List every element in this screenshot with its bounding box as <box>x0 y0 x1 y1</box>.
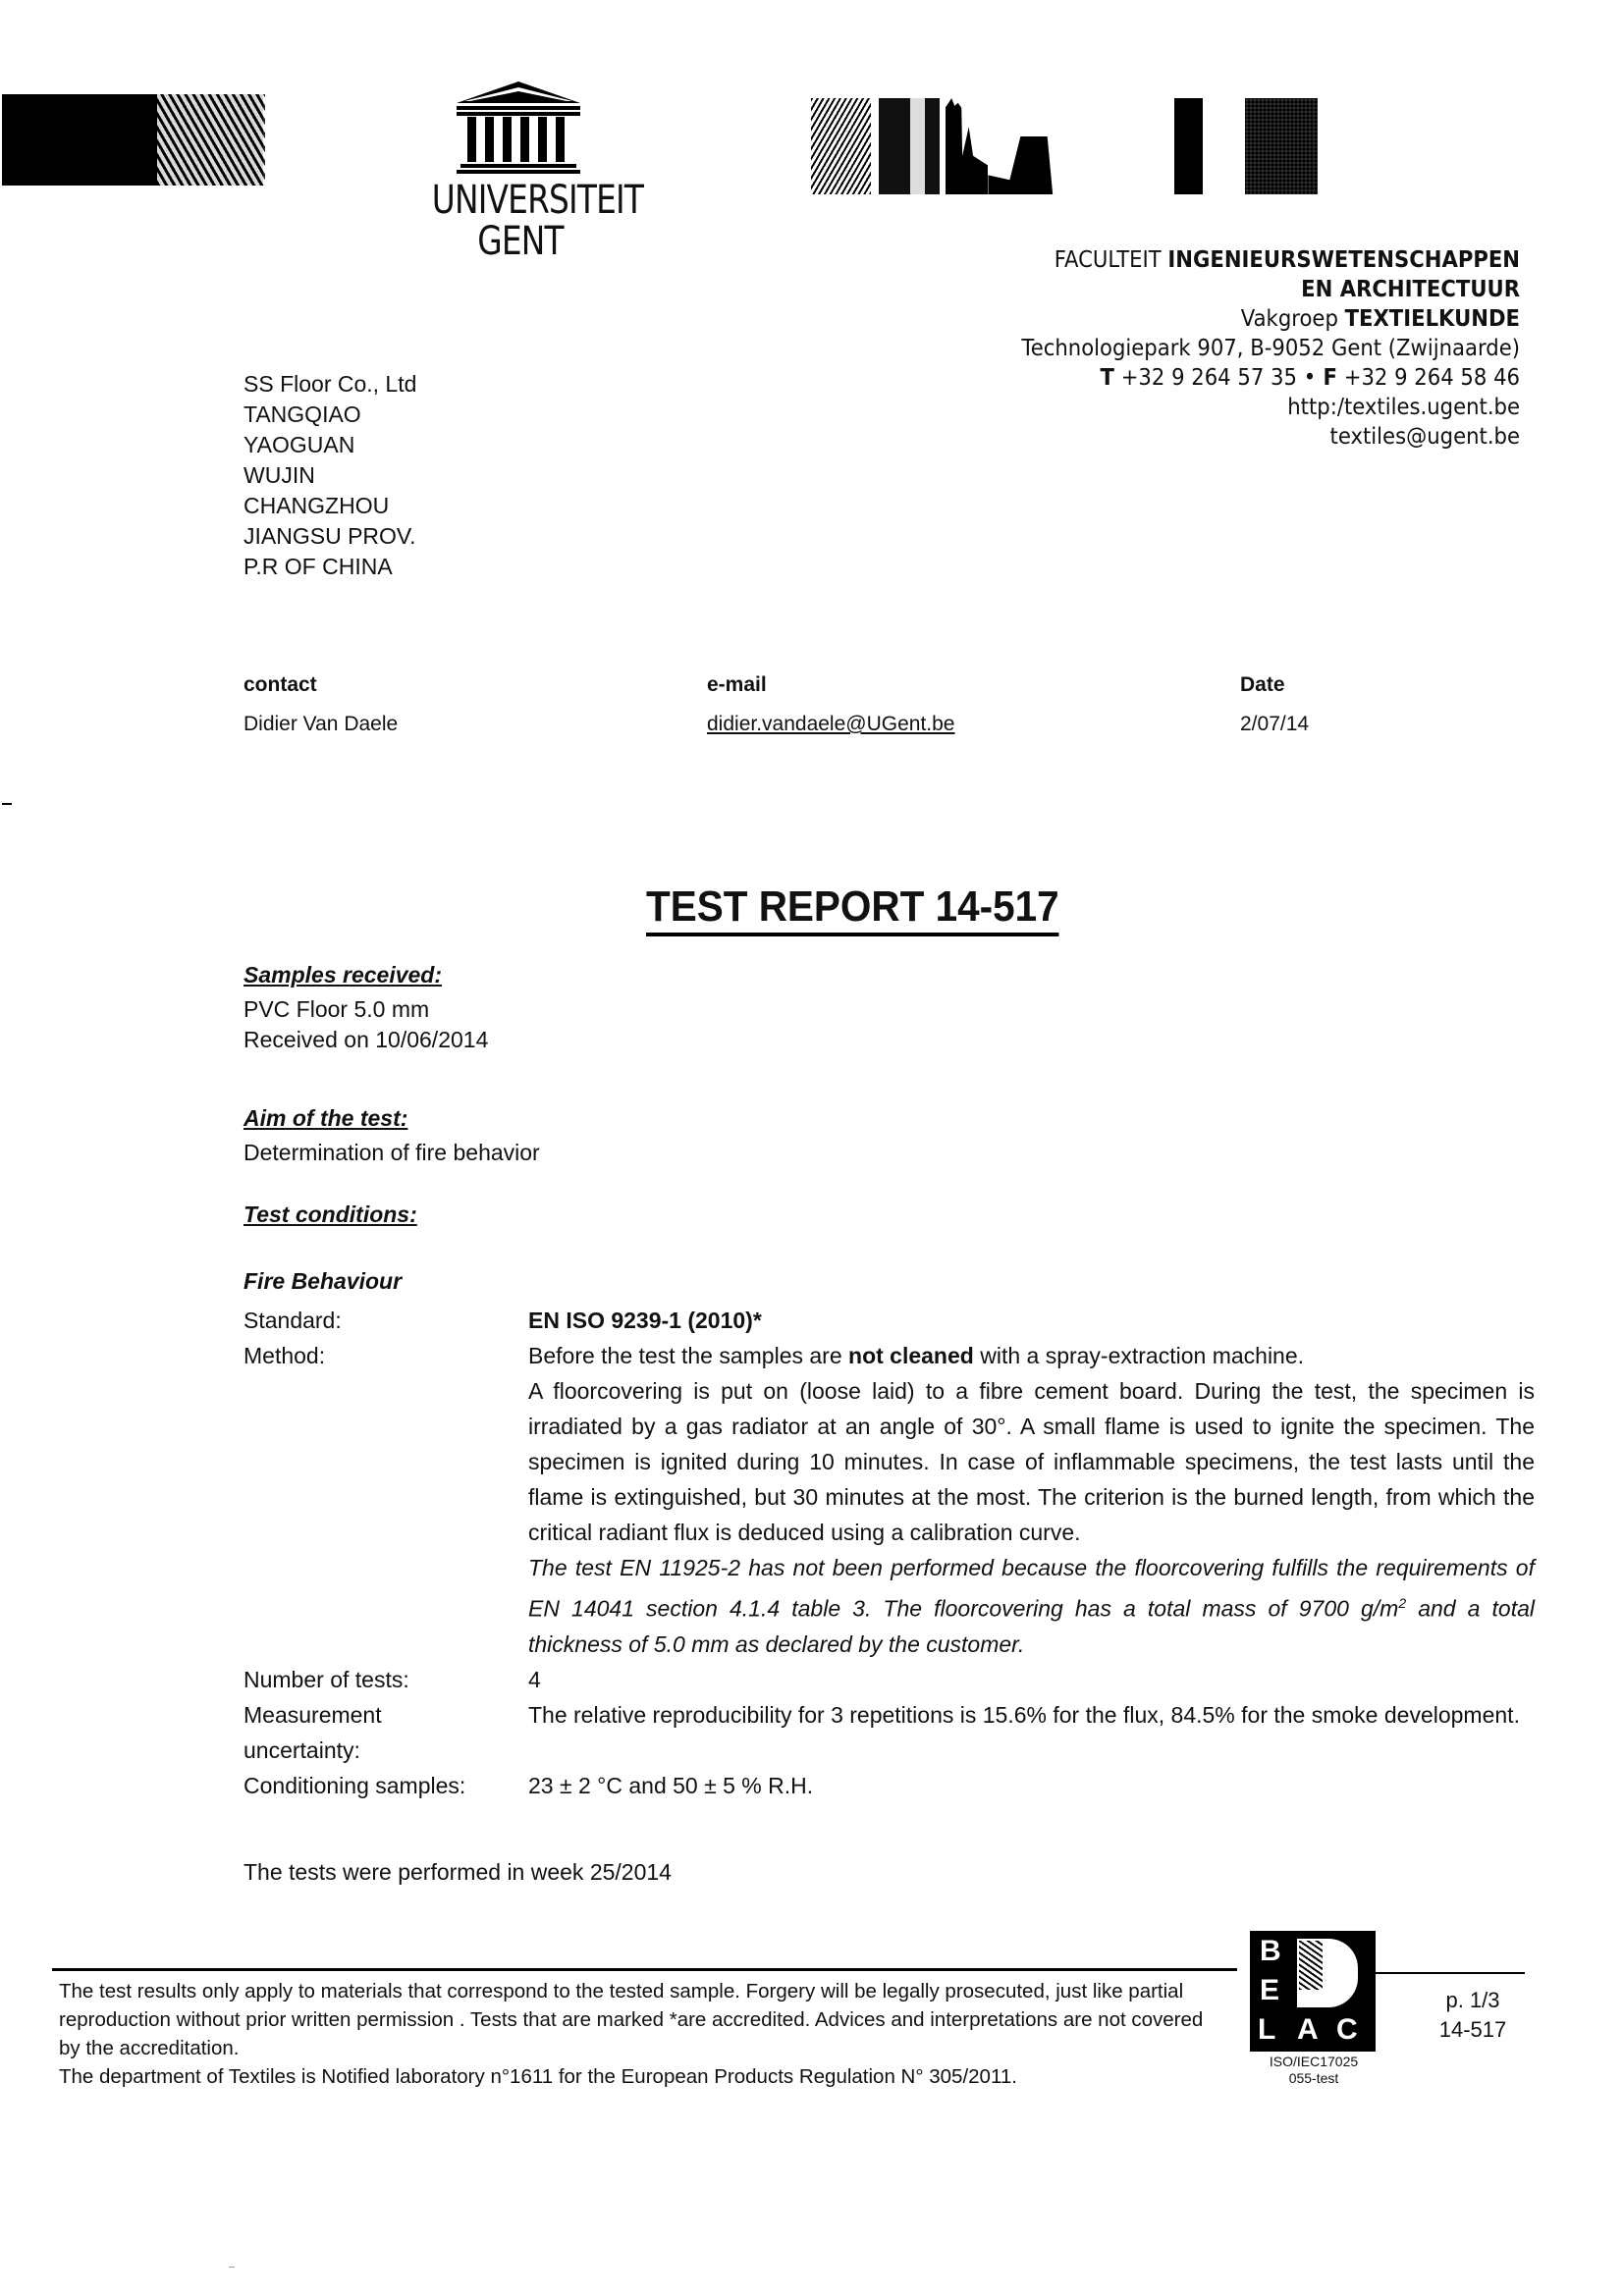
faculty-website[interactable]: http:/textiles.ugent.be <box>916 393 1520 422</box>
banner-panel-person <box>1174 98 1245 194</box>
email-field: e-mail didier.vandaele@UGent.be <box>707 673 954 752</box>
aim-text: Determination of fire behavior <box>243 1138 540 1168</box>
contact-value: Didier Van Daele <box>243 713 398 752</box>
date-value: 2/07/14 <box>1240 713 1309 752</box>
tests-value: 4 <box>528 1662 1535 1697</box>
notified-lab-text: The department of Textiles is Notified l… <box>59 2062 1217 2091</box>
method-row: Method: Before the test the samples are … <box>243 1338 1535 1662</box>
email-link[interactable]: didier.vandaele@UGent.be <box>707 713 954 752</box>
fold-mark <box>2 803 12 805</box>
scan-artifact <box>229 2267 235 2268</box>
department: Vakgroep TEXTIELKUNDE <box>916 304 1520 334</box>
footer-divider-right <box>1375 1972 1525 1974</box>
university-name: UNIVERSITEIT GENT <box>432 180 609 262</box>
faculty-email[interactable]: textiles@ugent.be <box>916 422 1520 452</box>
banner-panel-sketch <box>1245 98 1318 194</box>
conditioning-value: 23 ± 2 °C and 50 ± 5 % R.H. <box>528 1768 1535 1803</box>
banner-panel-blank <box>1096 98 1174 194</box>
faculty-address: Technologiepark 907, B-9052 Gent (Zwijna… <box>916 334 1520 363</box>
disclaimer-text: The test results only apply to materials… <box>59 1977 1217 2062</box>
test-conditions-heading: Test conditions: <box>243 1201 417 1228</box>
fire-behaviour-subheading: Fire Behaviour <box>243 1268 402 1295</box>
page-number: p. 1/3 14-517 <box>1419 1986 1527 2045</box>
faculty-contact-block: FACULTEIT INGENIEURSWETENSCHAPPEN EN ARC… <box>916 245 1520 452</box>
uncertainty-row: Measurement uncertainty: The relative re… <box>243 1697 1535 1768</box>
belac-accreditation-logo-icon: B E L A C <box>1250 1931 1376 2052</box>
test-week-note: The tests were performed in week 25/2014 <box>243 1859 672 1886</box>
uncertainty-label: Measurement uncertainty: <box>243 1697 528 1768</box>
footer-divider <box>52 1968 1237 1971</box>
method-value: Before the test the samples are not clea… <box>528 1338 1535 1662</box>
standard-label: Standard: <box>243 1303 528 1338</box>
test-conditions-table: Standard: EN ISO 9239-1 (2010)* Method: … <box>243 1303 1535 1803</box>
contact-field: contact Didier Van Daele <box>243 673 398 752</box>
date-label: Date <box>1240 673 1309 713</box>
contact-label: contact <box>243 673 398 713</box>
date-field: Date 2/07/14 <box>1240 673 1309 752</box>
sample-description: PVC Floor 5.0 mm <box>243 994 488 1025</box>
faculty-name: FACULTEIT INGENIEURSWETENSCHAPPEN <box>916 245 1520 275</box>
method-cleaning-note: Before the test the samples are not clea… <box>528 1338 1535 1373</box>
banner-panel-column <box>871 98 946 194</box>
banner-panel-figure <box>988 98 1096 194</box>
conditioning-row: Conditioning samples: 23 ± 2 °C and 50 ±… <box>243 1768 1535 1803</box>
belac-caption: ISO/IEC17025 055-test <box>1245 2054 1382 2087</box>
uncertainty-value: The relative reproducibility for 3 repet… <box>528 1697 1535 1768</box>
method-label: Method: <box>243 1338 528 1662</box>
header-banner-hatch <box>157 94 265 186</box>
banner-panel-tower <box>946 98 989 194</box>
faculty-name-line2: EN ARCHITECTUUR <box>916 275 1520 304</box>
banner-panel-texture <box>811 98 871 194</box>
standard-row: Standard: EN ISO 9239-1 (2010)* <box>243 1303 1535 1338</box>
method-exemption-note: The test EN 11925-2 has not been perform… <box>528 1550 1535 1662</box>
header-banner-right-images <box>811 98 1318 194</box>
recipient-address: SS Floor Co., Ltd TANGQIAO YAOGUAN WUJIN… <box>243 369 416 582</box>
conditioning-label: Conditioning samples: <box>243 1768 528 1803</box>
sample-received-date: Received on 10/06/2014 <box>243 1025 488 1055</box>
method-description: A floorcovering is put on (loose laid) t… <box>528 1373 1535 1550</box>
number-of-tests-row: Number of tests: 4 <box>243 1662 1535 1697</box>
phone-fax: T +32 9 264 57 35 • F +32 9 264 58 46 <box>916 363 1520 393</box>
aim-heading: Aim of the test: <box>243 1105 540 1132</box>
samples-section: Samples received: PVC Floor 5.0 mm Recei… <box>243 962 488 1055</box>
aim-section: Aim of the test: Determination of fire b… <box>243 1105 540 1168</box>
report-title: TEST REPORT 14-517 <box>646 883 1059 936</box>
tests-label: Number of tests: <box>243 1662 528 1697</box>
samples-heading: Samples received: <box>243 962 488 988</box>
email-label: e-mail <box>707 673 954 713</box>
footer-disclaimer: The test results only apply to materials… <box>59 1977 1217 2091</box>
standard-value: EN ISO 9239-1 (2010)* <box>528 1303 1535 1338</box>
